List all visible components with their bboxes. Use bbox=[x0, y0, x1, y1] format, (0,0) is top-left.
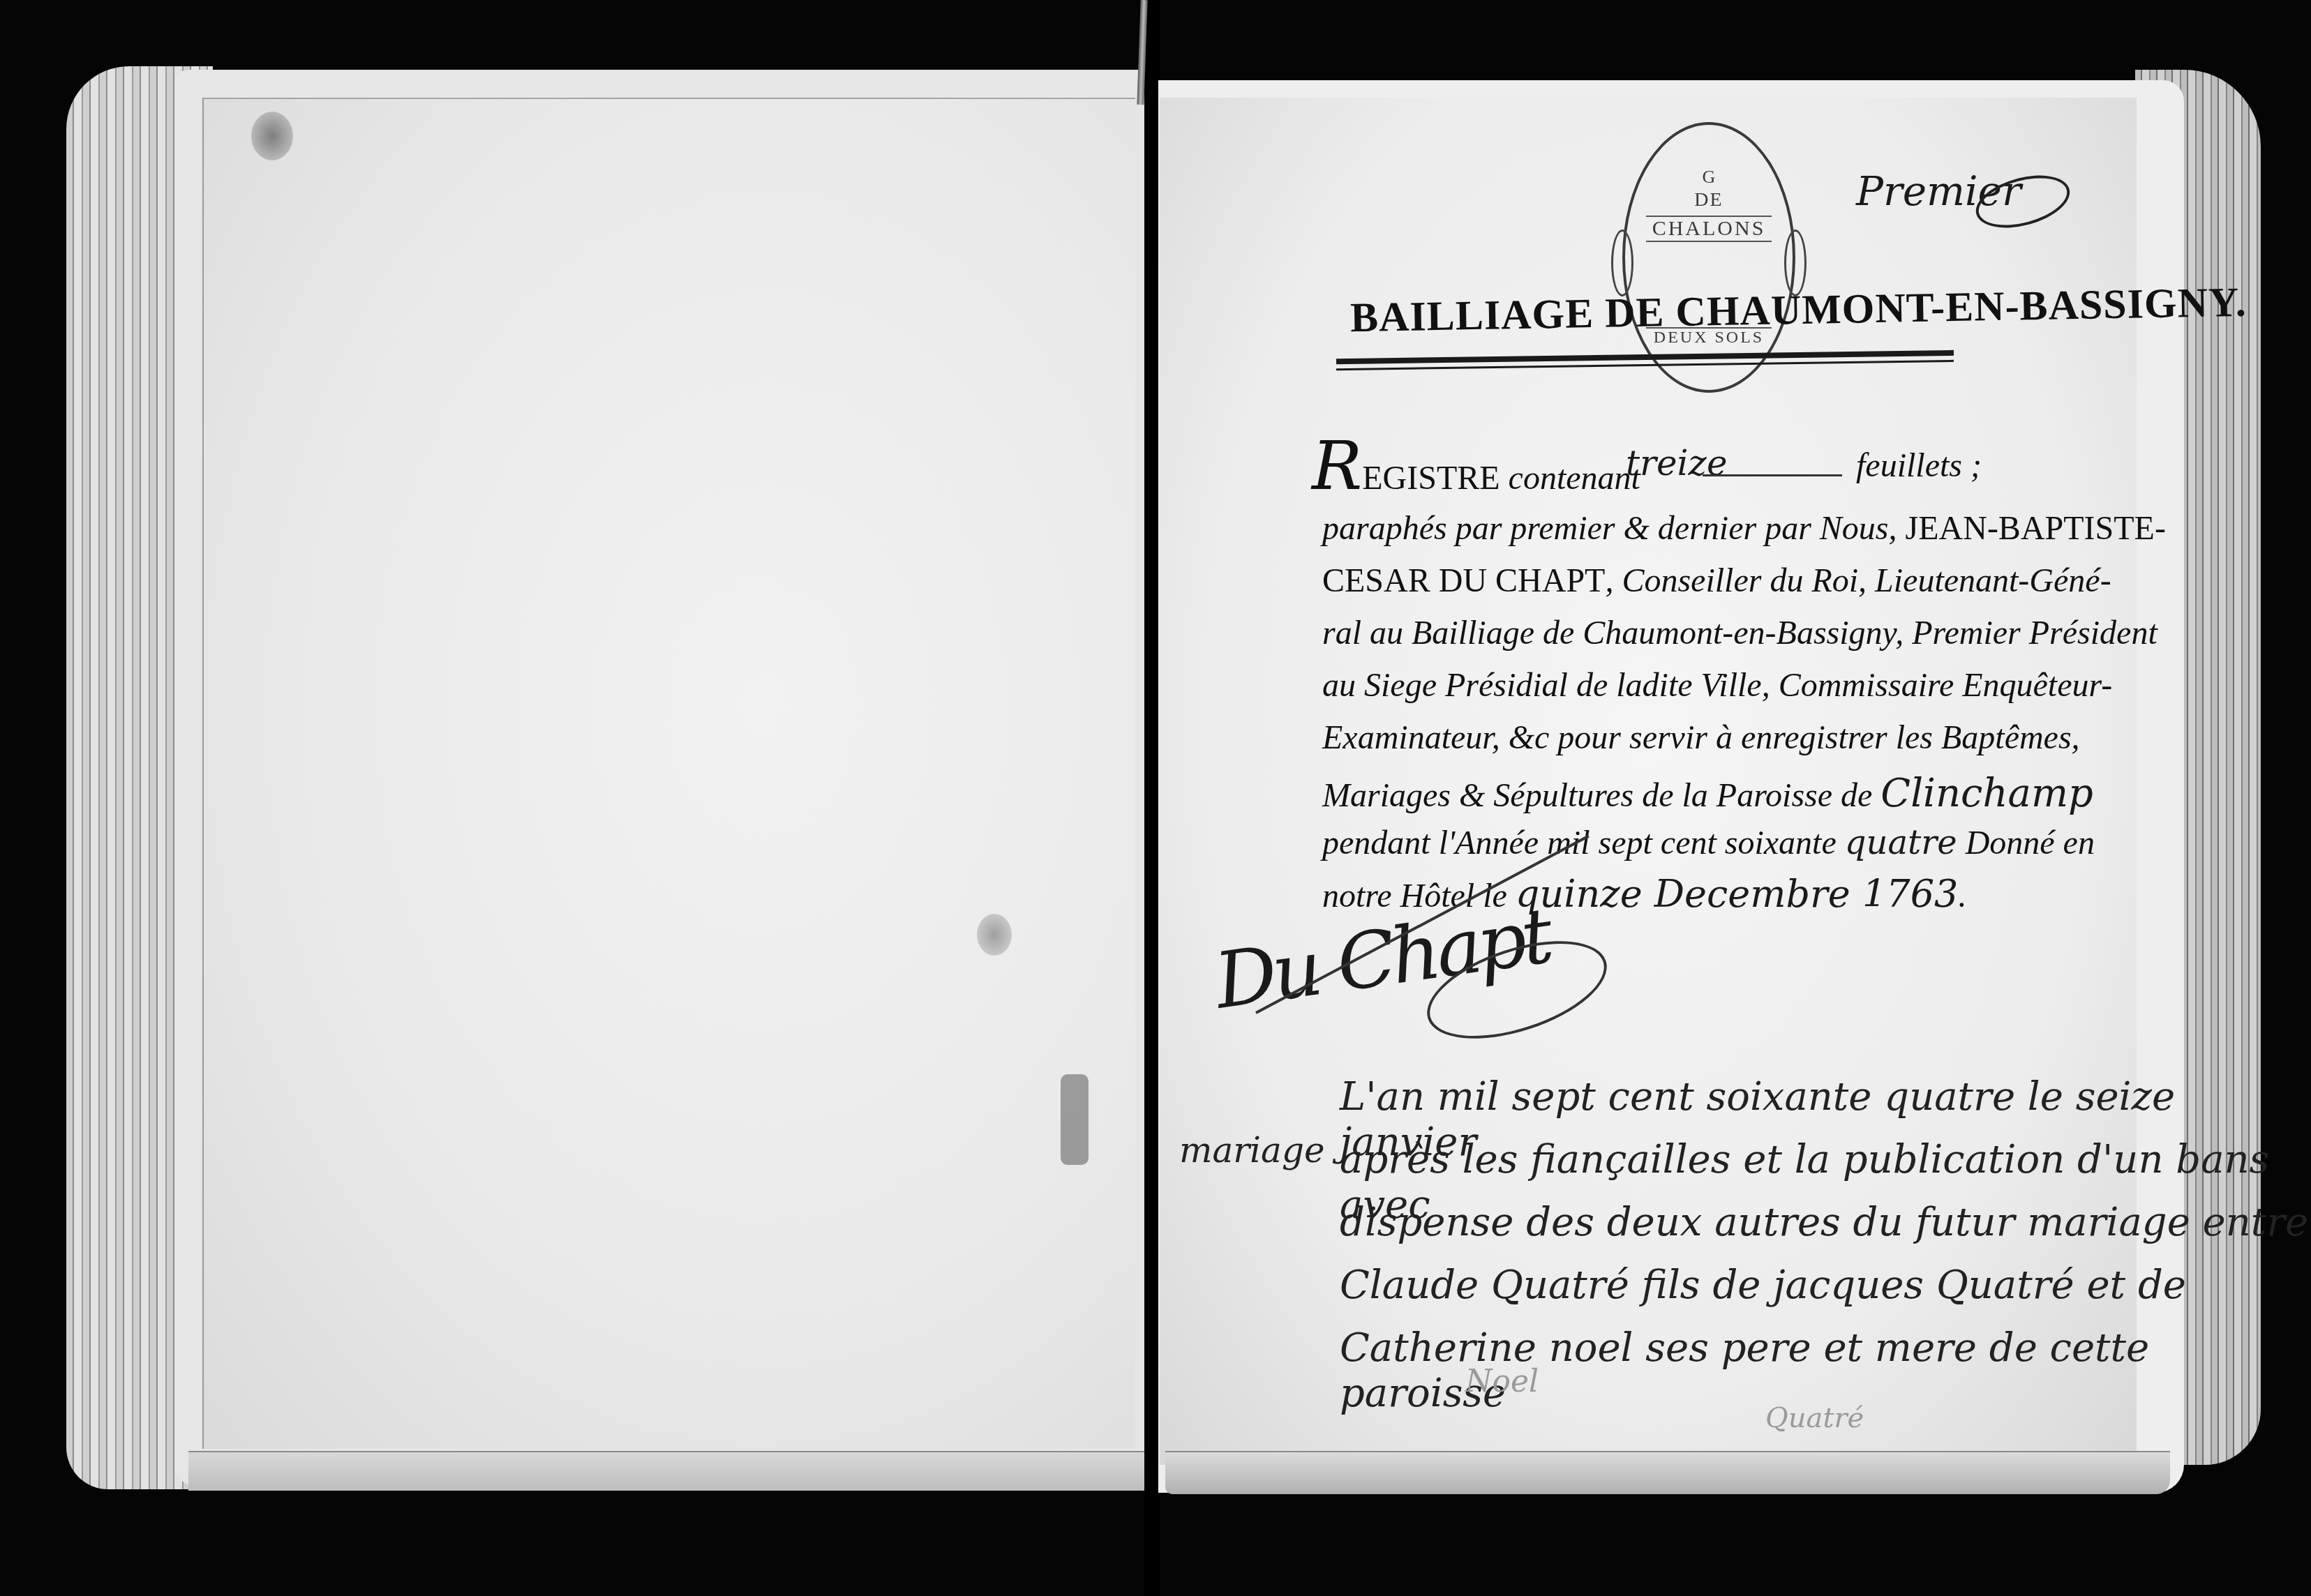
stamp-text: DE bbox=[1625, 189, 1793, 211]
form-text: JEAN-BAPTISTE- bbox=[1906, 510, 2166, 547]
ink-blot bbox=[1061, 1074, 1089, 1165]
stain-mark bbox=[251, 112, 293, 160]
stamp-text: CHALONS bbox=[1646, 216, 1772, 242]
form-line-6: Examinateur, &c pour servir à enregistre… bbox=[1322, 718, 2080, 757]
form-text: , Conseiller du Roi, Lieutenant-Géné- bbox=[1605, 562, 2111, 599]
form-text: contenant bbox=[1500, 460, 1640, 497]
form-line-7: Mariages & Sépultures de la Paroisse de … bbox=[1322, 771, 2093, 816]
form-text: Donné en bbox=[1957, 825, 2095, 861]
form-text: EGISTRE bbox=[1362, 460, 1499, 497]
left-page-blank-area bbox=[202, 98, 1135, 1449]
left-page-bottom-fold bbox=[188, 1451, 1151, 1491]
form-line-5: au Siege Présidial de ladite Ville, Comm… bbox=[1322, 666, 2112, 705]
form-text: paraphés par premier & dernier par Nous, bbox=[1322, 510, 1906, 547]
form-text: . bbox=[1958, 878, 1966, 914]
stain-mark bbox=[977, 914, 1012, 956]
filled-parish-name: Clinchamp bbox=[1880, 771, 2093, 816]
stamp-ornament-icon bbox=[1611, 229, 1633, 296]
form-text: feuillets ; bbox=[1856, 446, 1982, 485]
form-line-4: ral au Bailliage de Chaumont-en-Bassigny… bbox=[1322, 614, 2157, 652]
bleed-through-text: Noel bbox=[1465, 1364, 1539, 1399]
filled-year: quatre bbox=[1845, 823, 1957, 862]
form-text: Mariages & Sépultures de la Paroisse de bbox=[1322, 777, 1880, 814]
bleed-through-text: Quatré bbox=[1765, 1402, 1864, 1434]
filled-date: quinze Decembre 1763 bbox=[1516, 872, 1959, 916]
stamp-text: G bbox=[1625, 167, 1793, 188]
fill-line bbox=[1703, 474, 1842, 476]
form-text: pendant l'Année mil sept cent soixante bbox=[1322, 825, 1845, 861]
form-text: CESAR DU CHAPT bbox=[1322, 562, 1605, 599]
form-line-3: CESAR DU CHAPT, Conseiller du Roi, Lieut… bbox=[1322, 562, 2111, 600]
form-line-8: pendant l'Année mil sept cent soixante q… bbox=[1322, 823, 2095, 862]
entry-line: dispense des deux autres du futur mariag… bbox=[1340, 1200, 2308, 1245]
margin-note: mariage bbox=[1179, 1130, 1325, 1170]
right-page-bottom-fold bbox=[1165, 1451, 2170, 1494]
book-gutter bbox=[1144, 0, 1160, 1596]
entry-line: Claude Quatré fils de jacques Quatré et … bbox=[1340, 1263, 2186, 1308]
filled-leaf-count: treize bbox=[1626, 443, 1728, 483]
drop-cap: R bbox=[1312, 427, 1362, 505]
form-line-2: paraphés par premier & dernier par Nous,… bbox=[1322, 509, 2166, 548]
form-line-1: REGISTRE contenant bbox=[1312, 432, 1640, 499]
